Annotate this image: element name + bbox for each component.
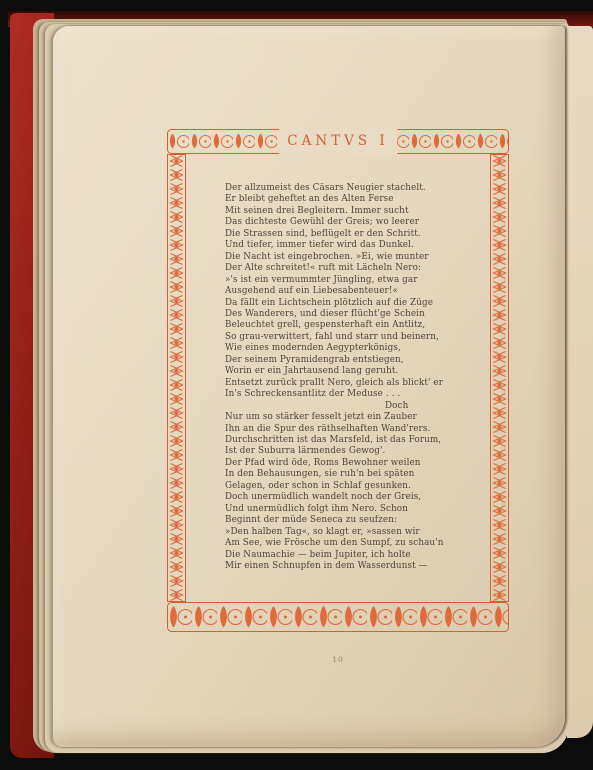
bottom-border-ornament-icon — [167, 602, 509, 632]
poem-line: Ausgehend auf ein Liebesabenteuer!« — [225, 286, 475, 297]
poem-line: Durchschritten ist das Marsfeld, ist das… — [225, 435, 475, 446]
poem-line: Doch unermüdlich wandelt noch der Greis, — [225, 492, 475, 503]
poem: Der allzumeist des Cäsars Neugier stache… — [225, 183, 475, 572]
poem-line: Ihn an die Spur des räthselhaften Wand'r… — [225, 424, 475, 435]
poem-line: Er bleibt geheftet an des Alten Ferse — [225, 194, 475, 205]
left-border-ornament-icon — [167, 154, 186, 602]
poem-line: Das dichteste Gewühl der Greis; wo leere… — [225, 217, 475, 228]
poem-line: Die Nacht ist eingebrochen. »Ei, wie mun… — [225, 252, 475, 263]
poem-line: Die Naumachie — beim Jupiter, ich holte — [225, 550, 475, 561]
poem-line: »'s ist ein vermummter Jüngling, etwa ga… — [225, 275, 475, 286]
poem-line: Da fällt ein Lichtschein plötzlich auf d… — [225, 298, 475, 309]
poem-line: Beleuchtet grell, gespensterhaft ein Ant… — [225, 320, 475, 331]
poem-line: Und unermüdlich folgt ihm Nero. Schon — [225, 504, 475, 515]
poem-line: Und tiefer, immer tiefer wird das Dunkel… — [225, 240, 475, 251]
poem-line: So grau-verwittert, fahl und starr und b… — [225, 332, 475, 343]
poem-line: Doch — [225, 401, 475, 412]
poem-line: Entsetzt zurück prallt Nero, gleich als … — [225, 378, 475, 389]
poem-line: Der allzumeist des Cäsars Neugier stache… — [225, 183, 475, 194]
poem-line: Mir einen Schnupfen in dem Wasserdunst — — [225, 561, 475, 572]
poem-line: Die Strassen sind, beflügelt er den Schr… — [225, 229, 475, 240]
poem-line: Mit seinen drei Begleitern. Immer sucht — [225, 206, 475, 217]
chapter-title: CANTVS I — [279, 129, 397, 154]
poem-line: Beginnt der müde Seneca zu seufzen: — [225, 515, 475, 526]
poem-line: Nur um so stärker fesselt jetzt ein Zaub… — [225, 412, 475, 423]
poem-line: Am See, wie Frösche um den Sumpf, zu sch… — [225, 538, 475, 549]
poem-line: »Den halben Tag«, so klagt er, »sassen w… — [225, 527, 475, 538]
poem-line: In den Behausungen, sie ruh'n bei späten — [225, 469, 475, 480]
poem-line: Des Wanderers, und dieser flücht'ge Sche… — [225, 309, 475, 320]
poem-line: In's Schreckensantlitz der Meduse . . . — [225, 389, 475, 400]
book-page: CANTVS I Der allzumeist des Cäsars Neugi… — [53, 26, 565, 747]
poem-line: Wie eines modernden Aegypterkönigs, — [225, 343, 475, 354]
poem-line: Ist der Suburra lärmendes Gewog'. — [225, 446, 475, 457]
adjacent-page-edge — [567, 26, 593, 738]
poem-line: Der Alte schreitet!« ruft mit Lächeln Ne… — [225, 263, 475, 274]
poem-line: Worin er ein Jahrtausend lang geruht. — [225, 366, 475, 377]
page-number: 10 — [167, 655, 509, 664]
photo-of-open-book: CANTVS I Der allzumeist des Cäsars Neugi… — [0, 0, 593, 770]
poem-line: Der Pfad wird öde, Roms Bewohner weilen — [225, 458, 475, 469]
poem-line: Gelagen, oder schon in Schlaf gesunken. — [225, 481, 475, 492]
right-border-ornament-icon — [490, 154, 509, 602]
poem-line: Der seinem Pyramidengrab entstiegen, — [225, 355, 475, 366]
